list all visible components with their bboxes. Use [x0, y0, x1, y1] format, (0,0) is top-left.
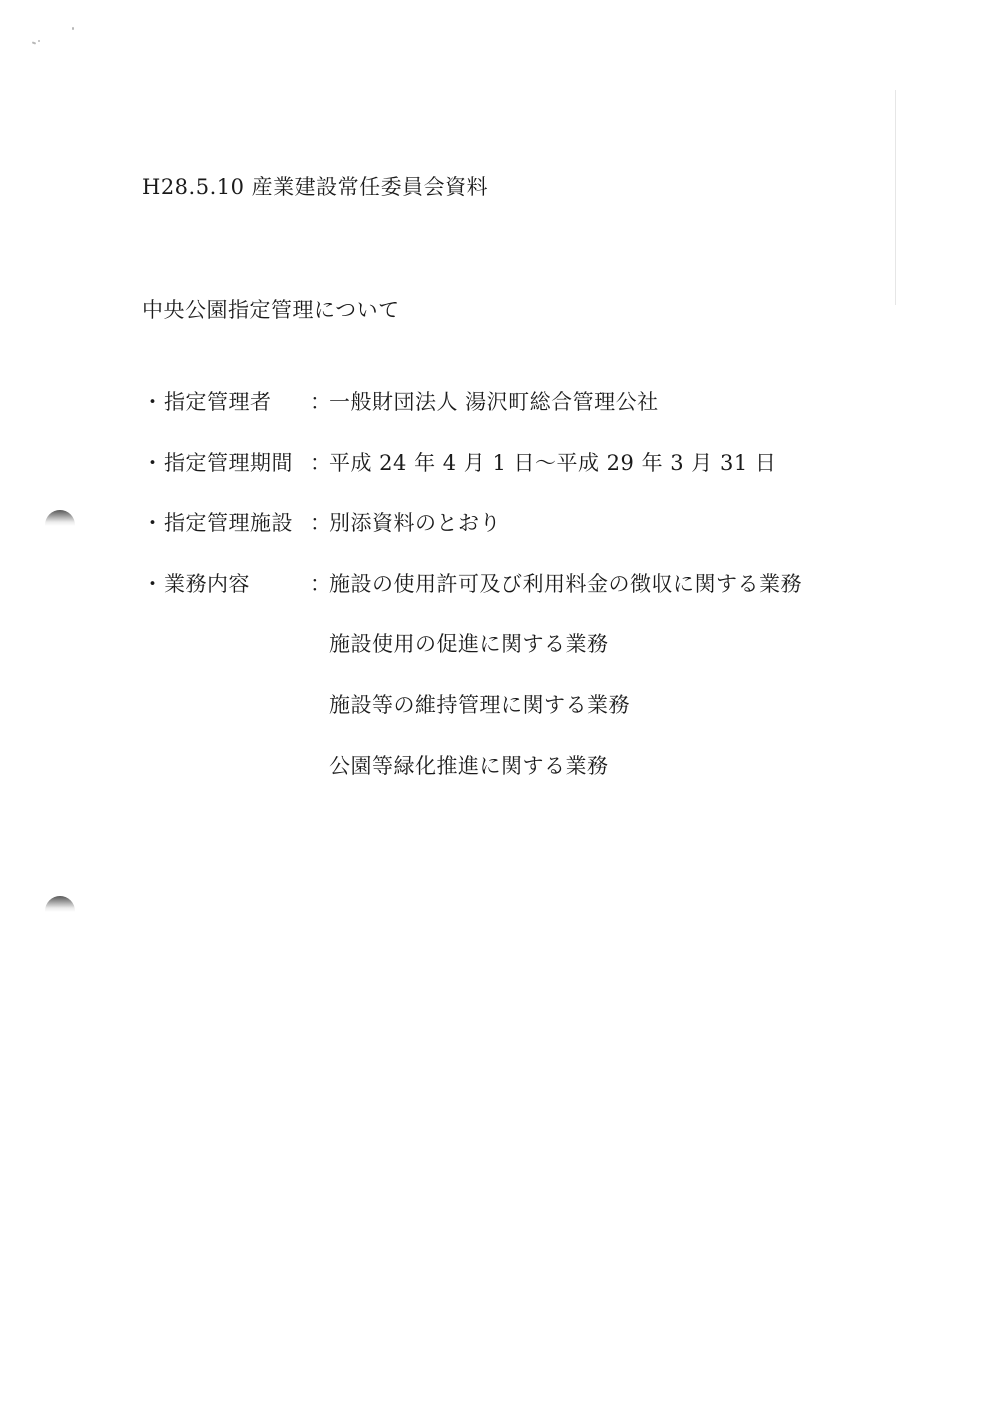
business-content-line: 施設使用の促進に関する業務: [329, 630, 609, 658]
bullet-icon: ・: [142, 388, 162, 416]
item-colon: ：: [310, 570, 326, 598]
item-value: 一般財団法人 湯沢町総合管理公社: [329, 388, 659, 416]
bullet-icon: ・: [142, 449, 162, 477]
item-label: 指定管理者: [164, 388, 272, 416]
scanned-page: H28.5.10 産業建設常任委員会資料 中央公園指定管理について ・ 指定管理…: [0, 0, 1000, 1411]
business-content-line: 公園等緑化推進に関する業務: [329, 752, 609, 780]
punch-hole-icon: [45, 510, 75, 526]
item-label: 業務内容: [164, 570, 250, 598]
scan-speck: [72, 27, 74, 30]
item-colon: ：: [310, 509, 326, 537]
item-colon: ：: [310, 449, 326, 477]
document-title: 中央公園指定管理について: [142, 296, 400, 324]
business-content-line: 施設等の維持管理に関する業務: [329, 691, 630, 719]
item-label: 指定管理期間: [164, 449, 293, 477]
item-colon: ：: [310, 388, 326, 416]
punch-hole-icon: [45, 896, 75, 912]
item-value: 平成 24 年 4 月 1 日〜平成 29 年 3 月 31 日: [329, 449, 776, 477]
item-label: 指定管理施設: [164, 509, 293, 537]
bullet-icon: ・: [142, 509, 162, 537]
item-value: 施設の使用許可及び利用料金の徴収に関する業務: [329, 570, 802, 598]
scan-speck: [32, 41, 36, 44]
bullet-icon: ・: [142, 570, 162, 598]
scan-edge-line: [895, 90, 896, 305]
document-header: H28.5.10 産業建設常任委員会資料: [142, 173, 488, 201]
scan-speck: [38, 40, 40, 42]
item-value: 別添資料のとおり: [329, 509, 501, 537]
